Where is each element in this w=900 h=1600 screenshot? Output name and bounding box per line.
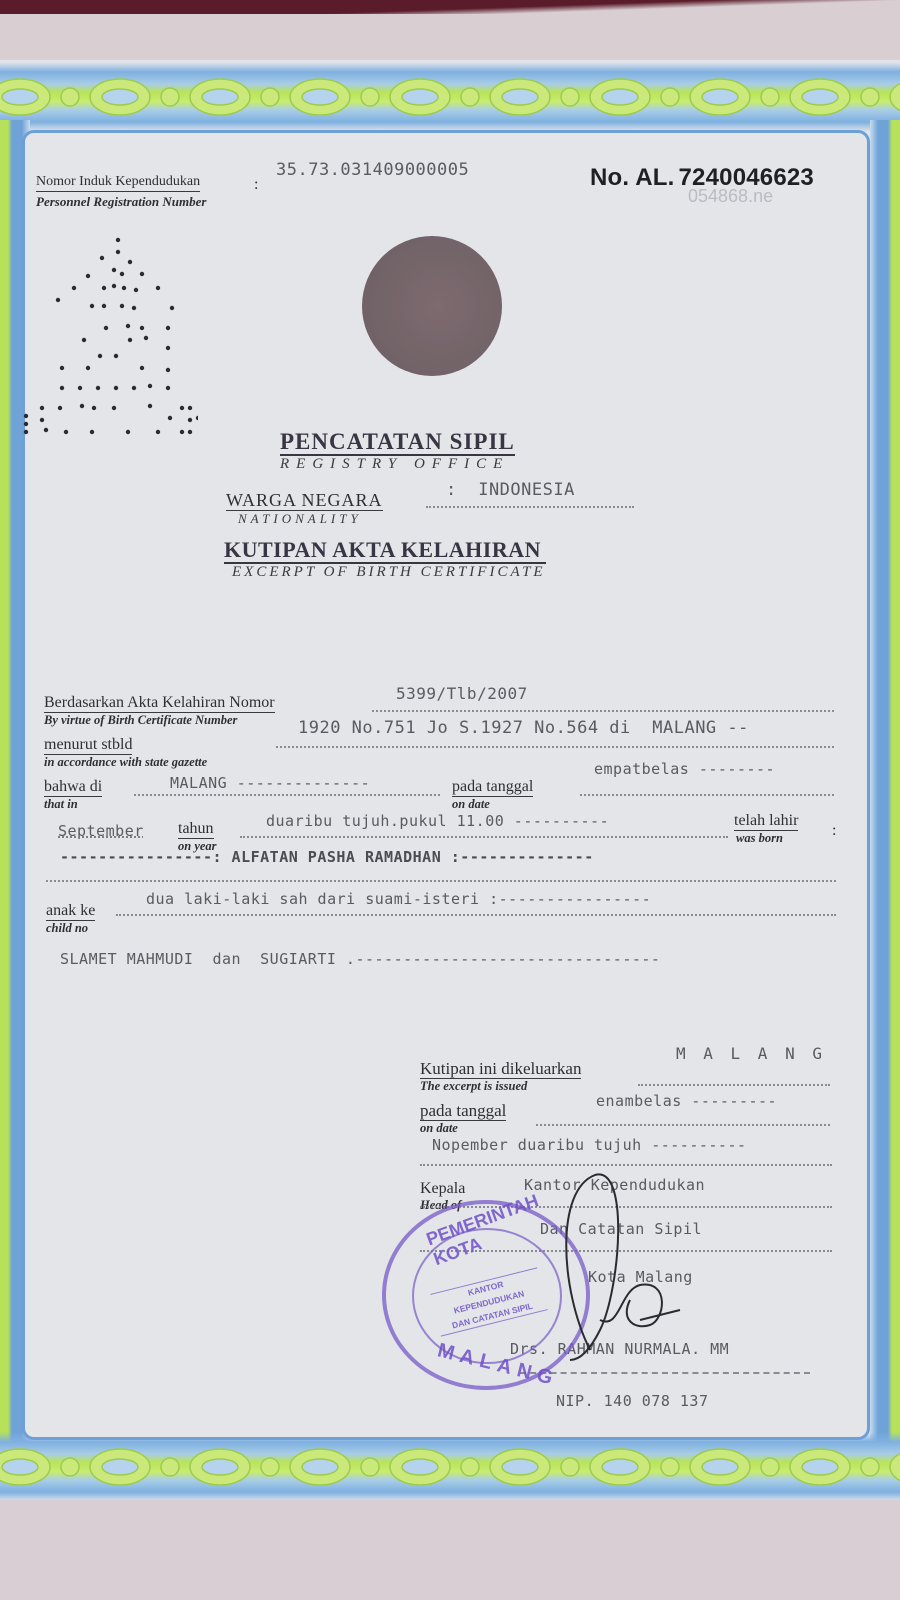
head-label: Kepala xyxy=(420,1180,465,1197)
issued-date-label-en: on date xyxy=(420,1121,506,1135)
nik-label-en: Personnel Registration Number xyxy=(36,195,206,209)
nik-label: Nomor Induk Kependudukan xyxy=(36,173,200,192)
dotted-line xyxy=(372,710,834,712)
doc-title-en: EXCERPT OF BIRTH CERTIFICATE xyxy=(232,564,546,581)
born-label-en: was born xyxy=(736,831,798,845)
nik-colon: : xyxy=(254,176,258,194)
place-value: MALANG -------------- xyxy=(170,774,370,792)
child-no-label-en: child no xyxy=(46,921,95,935)
office-title: PENCATATAN SIPIL xyxy=(280,430,515,456)
nationality-label-en: NATIONALITY xyxy=(238,511,383,527)
cert-no-label-group: Berdasarkan Akta Kelahiran Nomor By virt… xyxy=(44,694,275,727)
born-label-group: telah lahir was born xyxy=(734,812,798,845)
stbld-label-en: in accordance with state gazette xyxy=(44,755,207,769)
cert-no-label-en: By virtue of Birth Certificate Number xyxy=(44,713,275,727)
born-colon: : xyxy=(832,822,836,840)
dotted-line xyxy=(134,794,440,796)
date-label-en: on date xyxy=(452,797,533,811)
nationality-group: WARGA NEGARA NATIONALITY xyxy=(226,490,383,527)
dotted-line xyxy=(240,836,728,838)
background-edge xyxy=(0,0,900,14)
date-value: empatbelas -------- xyxy=(594,760,775,778)
child-name: ----------------: ALFATAN PASHA RAMADHAN… xyxy=(60,848,594,866)
dotted-line xyxy=(46,880,836,882)
dotted-line xyxy=(638,1084,830,1086)
date-label: pada tanggal xyxy=(452,778,533,797)
guilloche-pattern-icon xyxy=(0,1432,900,1502)
official-nip: NIP. 140 078 137 xyxy=(556,1392,709,1410)
issued-label-group: Kutipan ini dikeluarkan The excerpt is i… xyxy=(420,1060,581,1093)
child-no-label: anak ke xyxy=(46,902,95,921)
dotted-line xyxy=(420,1164,832,1166)
place-label: bahwa di xyxy=(44,778,102,797)
dotted-line xyxy=(536,1124,830,1126)
dotted-line xyxy=(426,506,634,508)
cert-no-value: 5399/Tlb/2007 xyxy=(396,684,528,703)
doc-title: KUTIPAN AKTA KELAHIRAN xyxy=(224,538,546,564)
dotted-line xyxy=(580,794,834,796)
issued-place: M A L A N G xyxy=(676,1044,826,1063)
child-no-label-group: anak ke child no xyxy=(46,902,95,935)
perforated-emblem-icon xyxy=(18,236,198,436)
doc-title-group: KUTIPAN AKTA KELAHIRAN EXCERPT OF BIRTH … xyxy=(224,538,546,581)
issued-day: enambelas --------- xyxy=(596,1092,777,1110)
stbld-label-group: menurut stbld in accordance with state g… xyxy=(44,736,207,769)
serial-prefix: No. AL. xyxy=(590,164,675,191)
year-value: duaribu tujuh.pukul 11.00 ---------- xyxy=(266,812,609,830)
office-title-en: REGISTRY OFFICE xyxy=(280,456,515,473)
serial-overprint: 054868.ne xyxy=(688,186,773,207)
nationality-label: WARGA NEGARA xyxy=(226,490,383,511)
background-surface xyxy=(0,1500,900,1600)
issued-date-label-group: pada tanggal on date xyxy=(420,1102,506,1135)
dotted-line xyxy=(276,746,834,748)
stbld-value: 1920 No.751 Jo S.1927 No.564 di MALANG -… xyxy=(298,718,749,738)
place-label-group: bahwa di that in xyxy=(44,778,102,811)
stbld-label: menurut stbld xyxy=(44,736,132,755)
issued-date-label: pada tanggal xyxy=(420,1102,506,1121)
date-label-group: pada tanggal on date xyxy=(452,778,533,811)
child-no-value: dua laki-laki sah dari suami-isteri :---… xyxy=(146,890,651,908)
issued-label-en: The excerpt is issued xyxy=(420,1079,581,1093)
issued-label: Kutipan ini dikeluarkan xyxy=(420,1060,581,1079)
nik-value: 35.73.031409000005 xyxy=(276,160,469,180)
cert-no-label: Berdasarkan Akta Kelahiran Nomor xyxy=(44,694,275,713)
decorative-border-bottom xyxy=(0,1432,900,1502)
guilloche-pattern-icon xyxy=(0,62,900,132)
official-stamp-icon: KANTOR KEPENDUDUKAN DAN CATATAN SIPIL PE… xyxy=(382,1200,590,1390)
nik-label-group: Nomor Induk Kependudukan Personnel Regis… xyxy=(36,172,206,209)
decorative-border-right xyxy=(870,120,900,1460)
decorative-border-top xyxy=(0,62,900,132)
parents-value: SLAMET MAHMUDI dan SUGIARTI .-----------… xyxy=(60,950,660,968)
month-value: September xyxy=(58,822,144,840)
photo-seal-icon xyxy=(362,236,502,376)
issued-month-year: Nopember duaribu tujuh ---------- xyxy=(432,1136,747,1154)
dotted-line xyxy=(116,914,836,916)
nationality-value: : INDONESIA xyxy=(446,480,575,500)
year-label: tahun xyxy=(178,820,214,839)
born-label: telah lahir xyxy=(734,812,798,831)
signature-icon xyxy=(560,1170,690,1370)
stamp-center-text: KANTOR KEPENDUDUKAN DAN CATATAN SIPIL xyxy=(430,1267,547,1336)
office-title-group: PENCATATAN SIPIL REGISTRY OFFICE xyxy=(280,430,515,473)
signature-line xyxy=(520,1372,810,1374)
place-label-en: that in xyxy=(44,797,102,811)
